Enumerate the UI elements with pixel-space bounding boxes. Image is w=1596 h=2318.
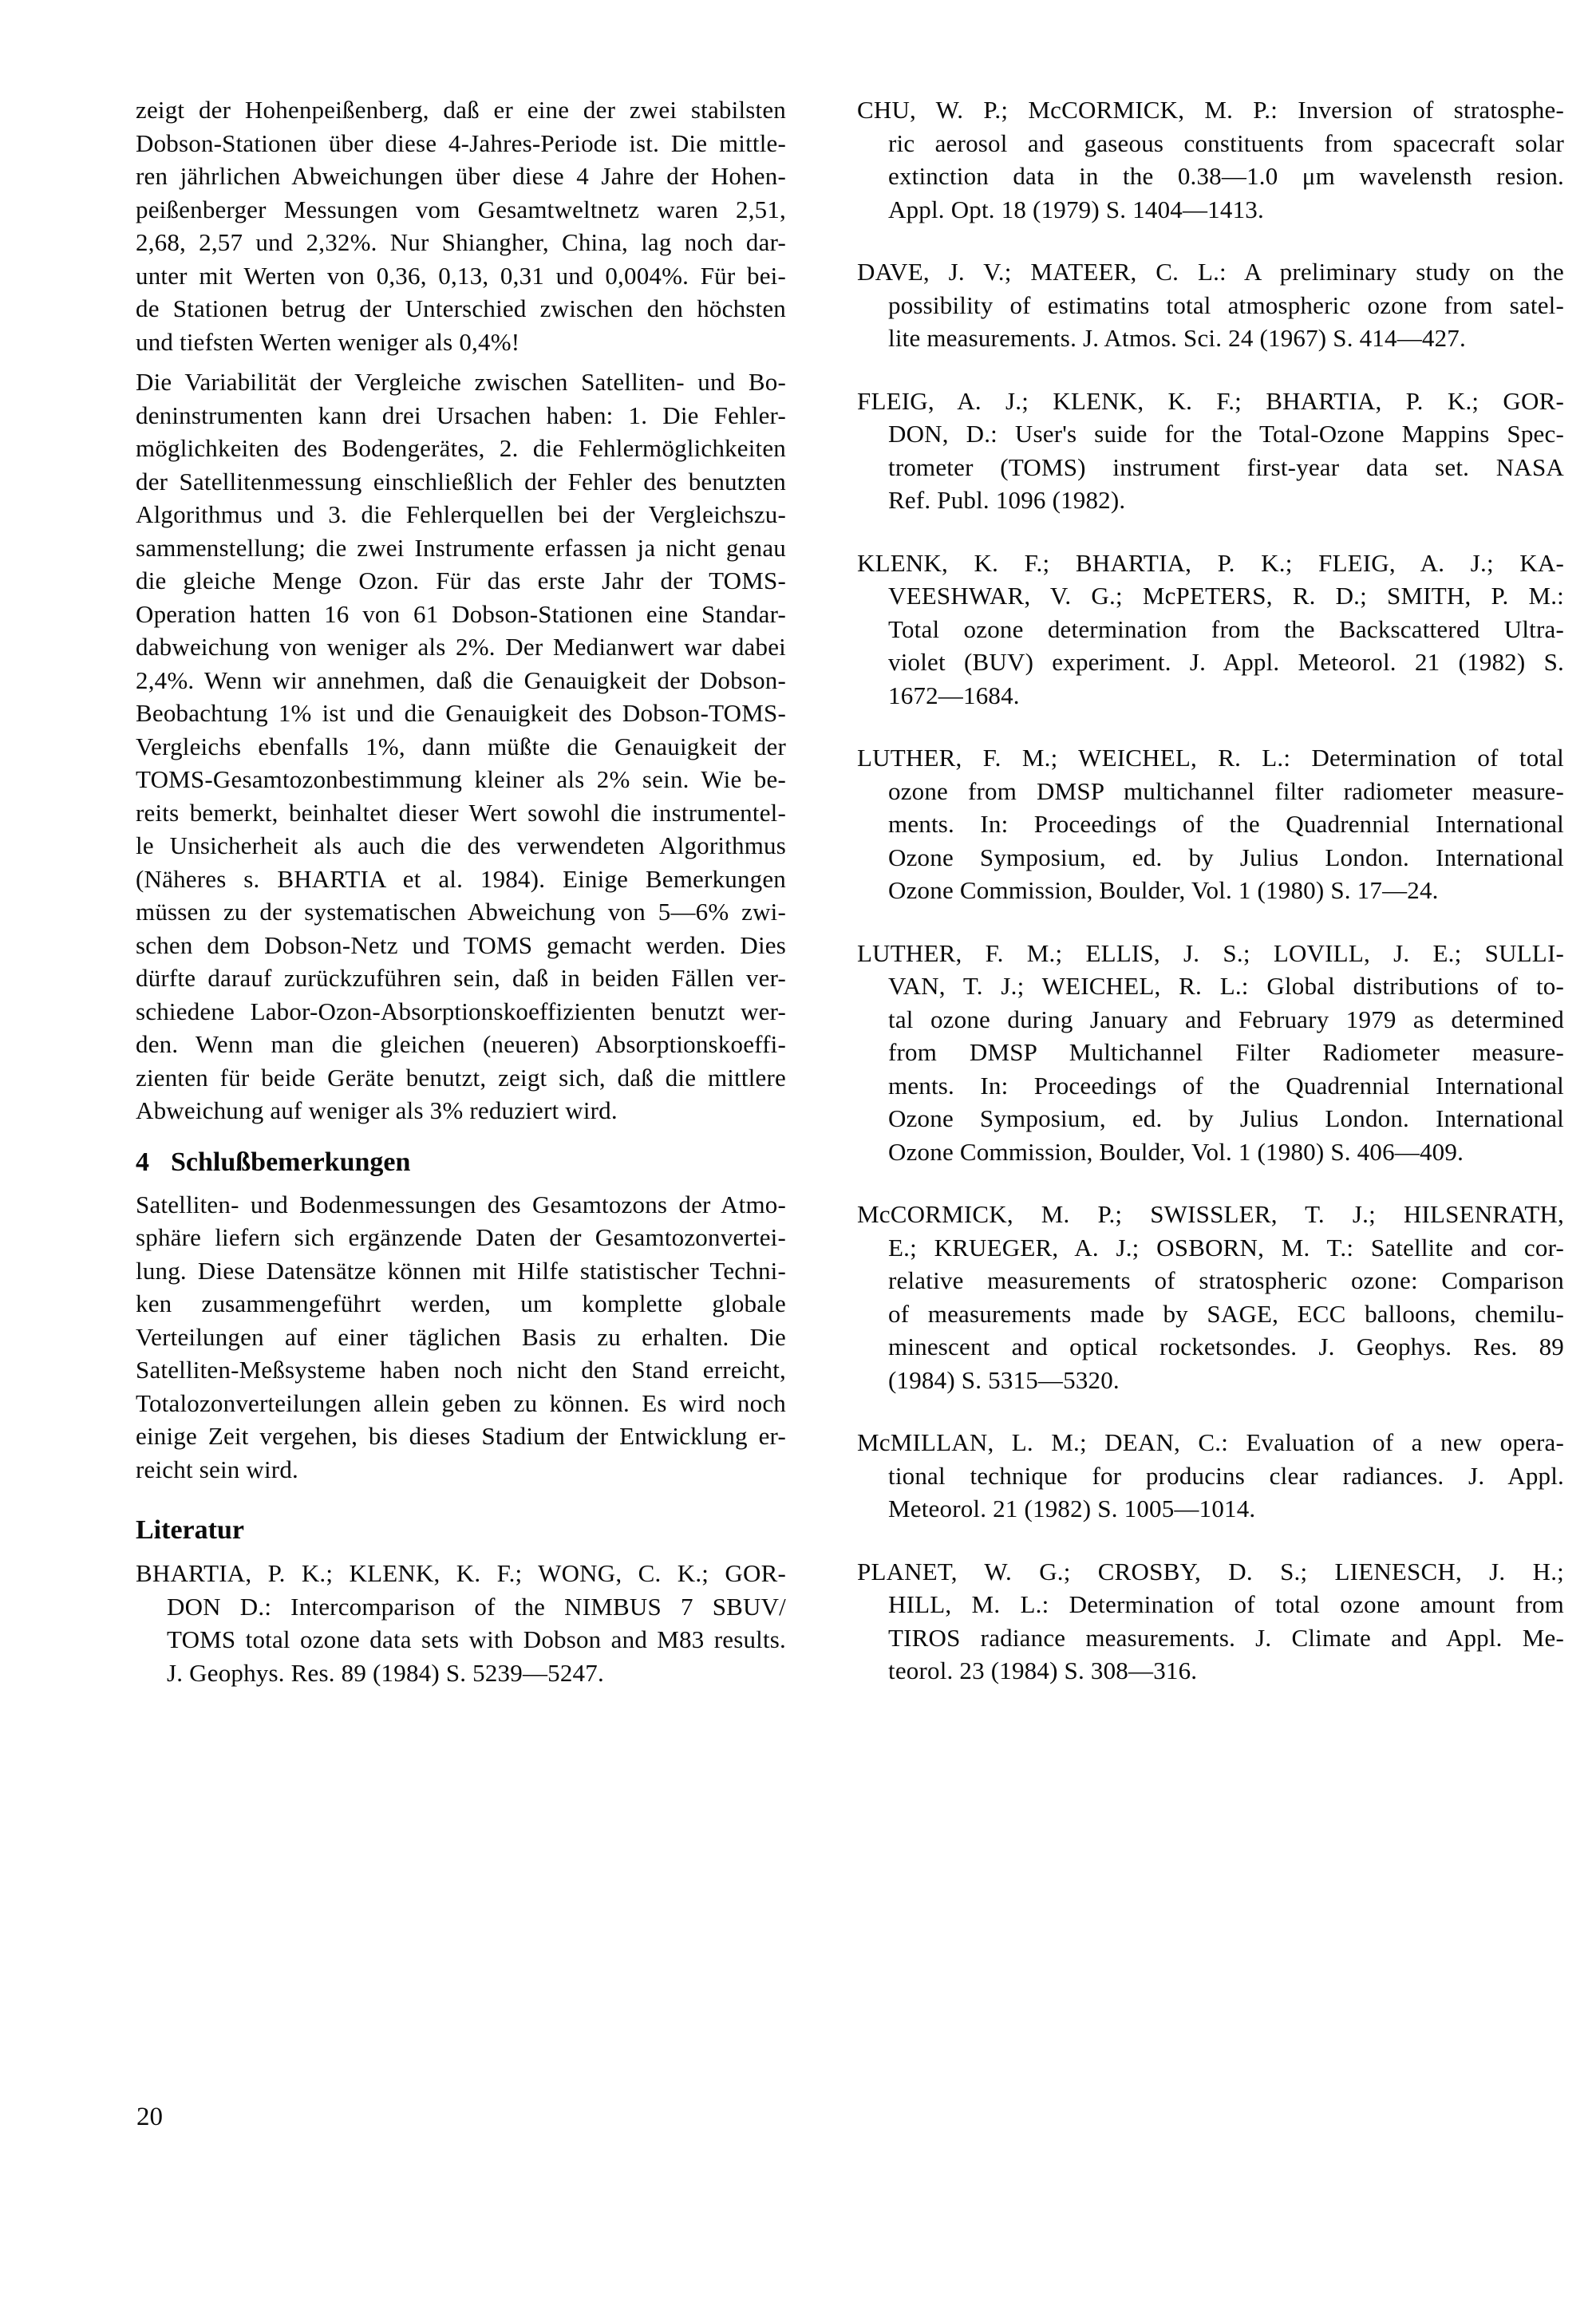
text-line: 1672—1684. (857, 679, 1564, 713)
text-line: reits bemerkt, beinhaltet dieser Wert so… (136, 796, 786, 830)
right-column: CHU, W. P.; McCORMICK, M. P.: Inversion … (857, 93, 1564, 1688)
text-line: peißenberger Messungen vom Gesamtweltnet… (136, 193, 786, 227)
text-line: Vergleichs ebenfalls 1%, dann müßte die … (136, 730, 786, 764)
body-paragraph-3: Satelliten- und Bodenmessungen des Gesam… (136, 1188, 786, 1487)
text-line: tional technique for producins clear rad… (857, 1459, 1564, 1493)
text-line: TIROS radiance measurements. J. Climate … (857, 1621, 1564, 1655)
section-title: Schlußbemerkungen (171, 1147, 410, 1177)
text-line: de Stationen betrug der Unterschied zwis… (136, 292, 786, 326)
reference-entry: CHU, W. P.; McCORMICK, M. P.: Inversion … (857, 93, 1564, 226)
text-line: McMILLAN, L. M.; DEAN, C.: Evaluation of… (857, 1426, 1564, 1459)
text-line: zeigt der Hohenpeißenberg, daß er eine d… (136, 93, 786, 127)
text-line: PLANET, W. G.; CROSBY, D. S.; LIENESCH, … (857, 1555, 1564, 1589)
text-line: of measurements made by SAGE, ECC balloo… (857, 1297, 1564, 1331)
text-line: sammenstellung; die zwei Instrumente erf… (136, 531, 786, 565)
text-line: einige Zeit vergehen, bis dieses Stadium… (136, 1420, 786, 1453)
text-line: Operation hatten 16 von 61 Dobson-Statio… (136, 598, 786, 631)
text-line: LUTHER, F. M.; WEICHEL, R. L.: Determina… (857, 741, 1564, 775)
text-line: Meteorol. 21 (1982) S. 1005—1014. (857, 1492, 1564, 1526)
text-line: teorol. 23 (1984) S. 308—316. (857, 1654, 1564, 1688)
text-line: zienten für beide Geräte benutzt, zeigt … (136, 1061, 786, 1095)
text-line: Ozone Symposium, ed. by Julius London. I… (857, 841, 1564, 875)
text-line: schiedene Labor-Ozon-Absorptionskoeffizi… (136, 995, 786, 1029)
text-line: lung. Diese Datensätze können mit Hilfe … (136, 1254, 786, 1288)
text-line: reicht sein wird. (136, 1453, 786, 1487)
text-line: lite measurements. J. Atmos. Sci. 24 (19… (857, 322, 1564, 355)
text-line: Dobson-Stationen über diese 4-Jahres-Per… (136, 127, 786, 160)
text-line: le Unsicherheit als auch die des verwend… (136, 829, 786, 863)
text-line: die gleiche Menge Ozon. Für das erste Ja… (136, 564, 786, 598)
text-line: HILL, M. L.: Determination of total ozon… (857, 1588, 1564, 1621)
body-paragraph-2: Die Variabilität der Vergleiche zwischen… (136, 365, 786, 1127)
text-line: deninstrumenten kann drei Ursachen haben… (136, 399, 786, 432)
text-line: Appl. Opt. 18 (1979) S. 1404—1413. (857, 193, 1564, 227)
text-line: ozone from DMSP multichannel filter radi… (857, 775, 1564, 808)
text-line: Ozone Commission, Boulder, Vol. 1 (1980)… (857, 874, 1564, 907)
text-line: und tiefsten Werten weniger als 0,4%! (136, 326, 786, 359)
text-line: Total ozone determination from the Backs… (857, 613, 1564, 646)
text-line: ken zusammengeführt werden, um komplette… (136, 1287, 786, 1321)
text-line: DON, D.: User's suide for the Total-Ozon… (857, 417, 1564, 451)
text-line: Totalozonverteilungen allein geben zu kö… (136, 1387, 786, 1420)
text-line: DAVE, J. V.; MATEER, C. L.: A preliminar… (857, 255, 1564, 289)
text-line: TOMS-Gesamtozonbestimmung kleiner als 2%… (136, 763, 786, 796)
section-number: 4 (136, 1145, 149, 1180)
reference-entry: McMILLAN, L. M.; DEAN, C.: Evaluation of… (857, 1426, 1564, 1526)
text-line: violet (BUV) experiment. J. Appl. Meteor… (857, 646, 1564, 679)
text-line: unter mit Werten von 0,36, 0,13, 0,31 un… (136, 259, 786, 293)
reference-entry: LUTHER, F. M.; WEICHEL, R. L.: Determina… (857, 741, 1564, 907)
text-line: (1984) S. 5315—5320. (857, 1364, 1564, 1397)
text-line: dürfte darauf zurückzuführen sein, daß i… (136, 962, 786, 995)
reference-entry: McCORMICK, M. P.; SWISSLER, T. J.; HILSE… (857, 1198, 1564, 1396)
text-line: ric aerosol and gaseous constituents fro… (857, 127, 1564, 160)
text-line: minescent and optical rocketsondes. J. G… (857, 1330, 1564, 1364)
reference-entry: BHARTIA, P. K.; KLENK, K. F.; WONG, C. K… (136, 1557, 786, 1689)
text-line: Abweichung auf weniger als 3% reduziert … (136, 1094, 786, 1127)
text-line: Die Variabilität der Vergleiche zwischen… (136, 365, 786, 399)
text-line: ments. In: Proceedings of the Quadrennia… (857, 1069, 1564, 1103)
text-line: der Satellitenmessung einschließlich der… (136, 465, 786, 499)
text-line: FLEIG, A. J.; KLENK, K. F.; BHARTIA, P. … (857, 385, 1564, 418)
section-heading: 4Schlußbemerkungen (136, 1145, 786, 1180)
text-line: LUTHER, F. M.; ELLIS, J. S.; LOVILL, J. … (857, 937, 1564, 970)
text-line: VAN, T. J.; WEICHEL, R. L.: Global distr… (857, 969, 1564, 1003)
reference-entry: LUTHER, F. M.; ELLIS, J. S.; LOVILL, J. … (857, 937, 1564, 1169)
reference-entry: DAVE, J. V.; MATEER, C. L.: A preliminar… (857, 255, 1564, 355)
text-line: Satelliten-Meßsysteme haben noch nicht d… (136, 1353, 786, 1387)
body-paragraph-1: zeigt der Hohenpeißenberg, daß er eine d… (136, 93, 786, 358)
page-number: 20 (136, 2101, 163, 2133)
text-line: E.; KRUEGER, A. J.; OSBORN, M. T.: Satel… (857, 1231, 1564, 1265)
text-line: Satelliten- und Bodenmessungen des Gesam… (136, 1188, 786, 1222)
left-column: zeigt der Hohenpeißenberg, daß er eine d… (136, 93, 786, 1689)
text-line: ments. In: Proceedings of the Quadrennia… (857, 808, 1564, 841)
text-line: extinction data in the 0.38—1.0 μm wavel… (857, 160, 1564, 193)
text-line: relative measurements of stratospheric o… (857, 1264, 1564, 1297)
text-line: 2,4%. Wenn wir annehmen, daß die Genauig… (136, 664, 786, 697)
text-line: tal ozone during January and February 19… (857, 1003, 1564, 1037)
text-line: Ozone Commission, Boulder, Vol. 1 (1980)… (857, 1135, 1564, 1169)
text-line: KLENK, K. F.; BHARTIA, P. K.; FLEIG, A. … (857, 547, 1564, 580)
reference-entry: PLANET, W. G.; CROSBY, D. S.; LIENESCH, … (857, 1555, 1564, 1688)
text-line: from DMSP Multichannel Filter Radiometer… (857, 1036, 1564, 1069)
document-page: zeigt der Hohenpeißenberg, daß er eine d… (0, 0, 1596, 2318)
text-line: DON D.: Intercomparison of the NIMBUS 7 … (136, 1590, 786, 1624)
literature-heading: Literatur (136, 1513, 786, 1548)
text-line: possibility of estimatins total atmosphe… (857, 289, 1564, 322)
text-line: Verteilungen auf einer täglichen Basis z… (136, 1321, 786, 1354)
text-line: TOMS total ozone data sets with Dobson a… (136, 1623, 786, 1657)
text-line: sphäre liefern sich ergänzende Daten der… (136, 1221, 786, 1254)
text-line: dabweichung von weniger als 2%. Der Medi… (136, 630, 786, 664)
text-line: 2,68, 2,57 und 2,32%. Nur Shiangher, Chi… (136, 226, 786, 259)
text-line: Ref. Publ. 1096 (1982). (857, 484, 1564, 517)
text-line: ren jährlichen Abweichungen über diese 4… (136, 160, 786, 193)
text-line: Algorithmus und 3. die Fehlerquellen bei… (136, 498, 786, 531)
text-line: Ozone Symposium, ed. by Julius London. I… (857, 1102, 1564, 1135)
text-line: schen dem Dobson-Netz und TOMS gemacht w… (136, 929, 786, 962)
text-line: Beobachtung 1% ist und die Genauigkeit d… (136, 697, 786, 730)
reference-entry: KLENK, K. F.; BHARTIA, P. K.; FLEIG, A. … (857, 547, 1564, 713)
reference-entry: FLEIG, A. J.; KLENK, K. F.; BHARTIA, P. … (857, 385, 1564, 517)
text-line: J. Geophys. Res. 89 (1984) S. 5239—5247. (136, 1657, 786, 1690)
text-line: McCORMICK, M. P.; SWISSLER, T. J.; HILSE… (857, 1198, 1564, 1231)
text-line: CHU, W. P.; McCORMICK, M. P.: Inversion … (857, 93, 1564, 127)
text-line: BHARTIA, P. K.; KLENK, K. F.; WONG, C. K… (136, 1557, 786, 1590)
text-line: möglichkeiten des Bodengerätes, 2. die F… (136, 432, 786, 465)
text-line: müssen zu der systematischen Abweichung … (136, 895, 786, 929)
text-line: (Näheres s. BHARTIA et al. 1984). Einige… (136, 863, 786, 896)
text-line: VEESHWAR, V. G.; McPETERS, R. D.; SMITH,… (857, 579, 1564, 613)
text-line: trometer (TOMS) instrument first-year da… (857, 451, 1564, 484)
text-line: den. Wenn man die gleichen (neueren) Abs… (136, 1028, 786, 1061)
